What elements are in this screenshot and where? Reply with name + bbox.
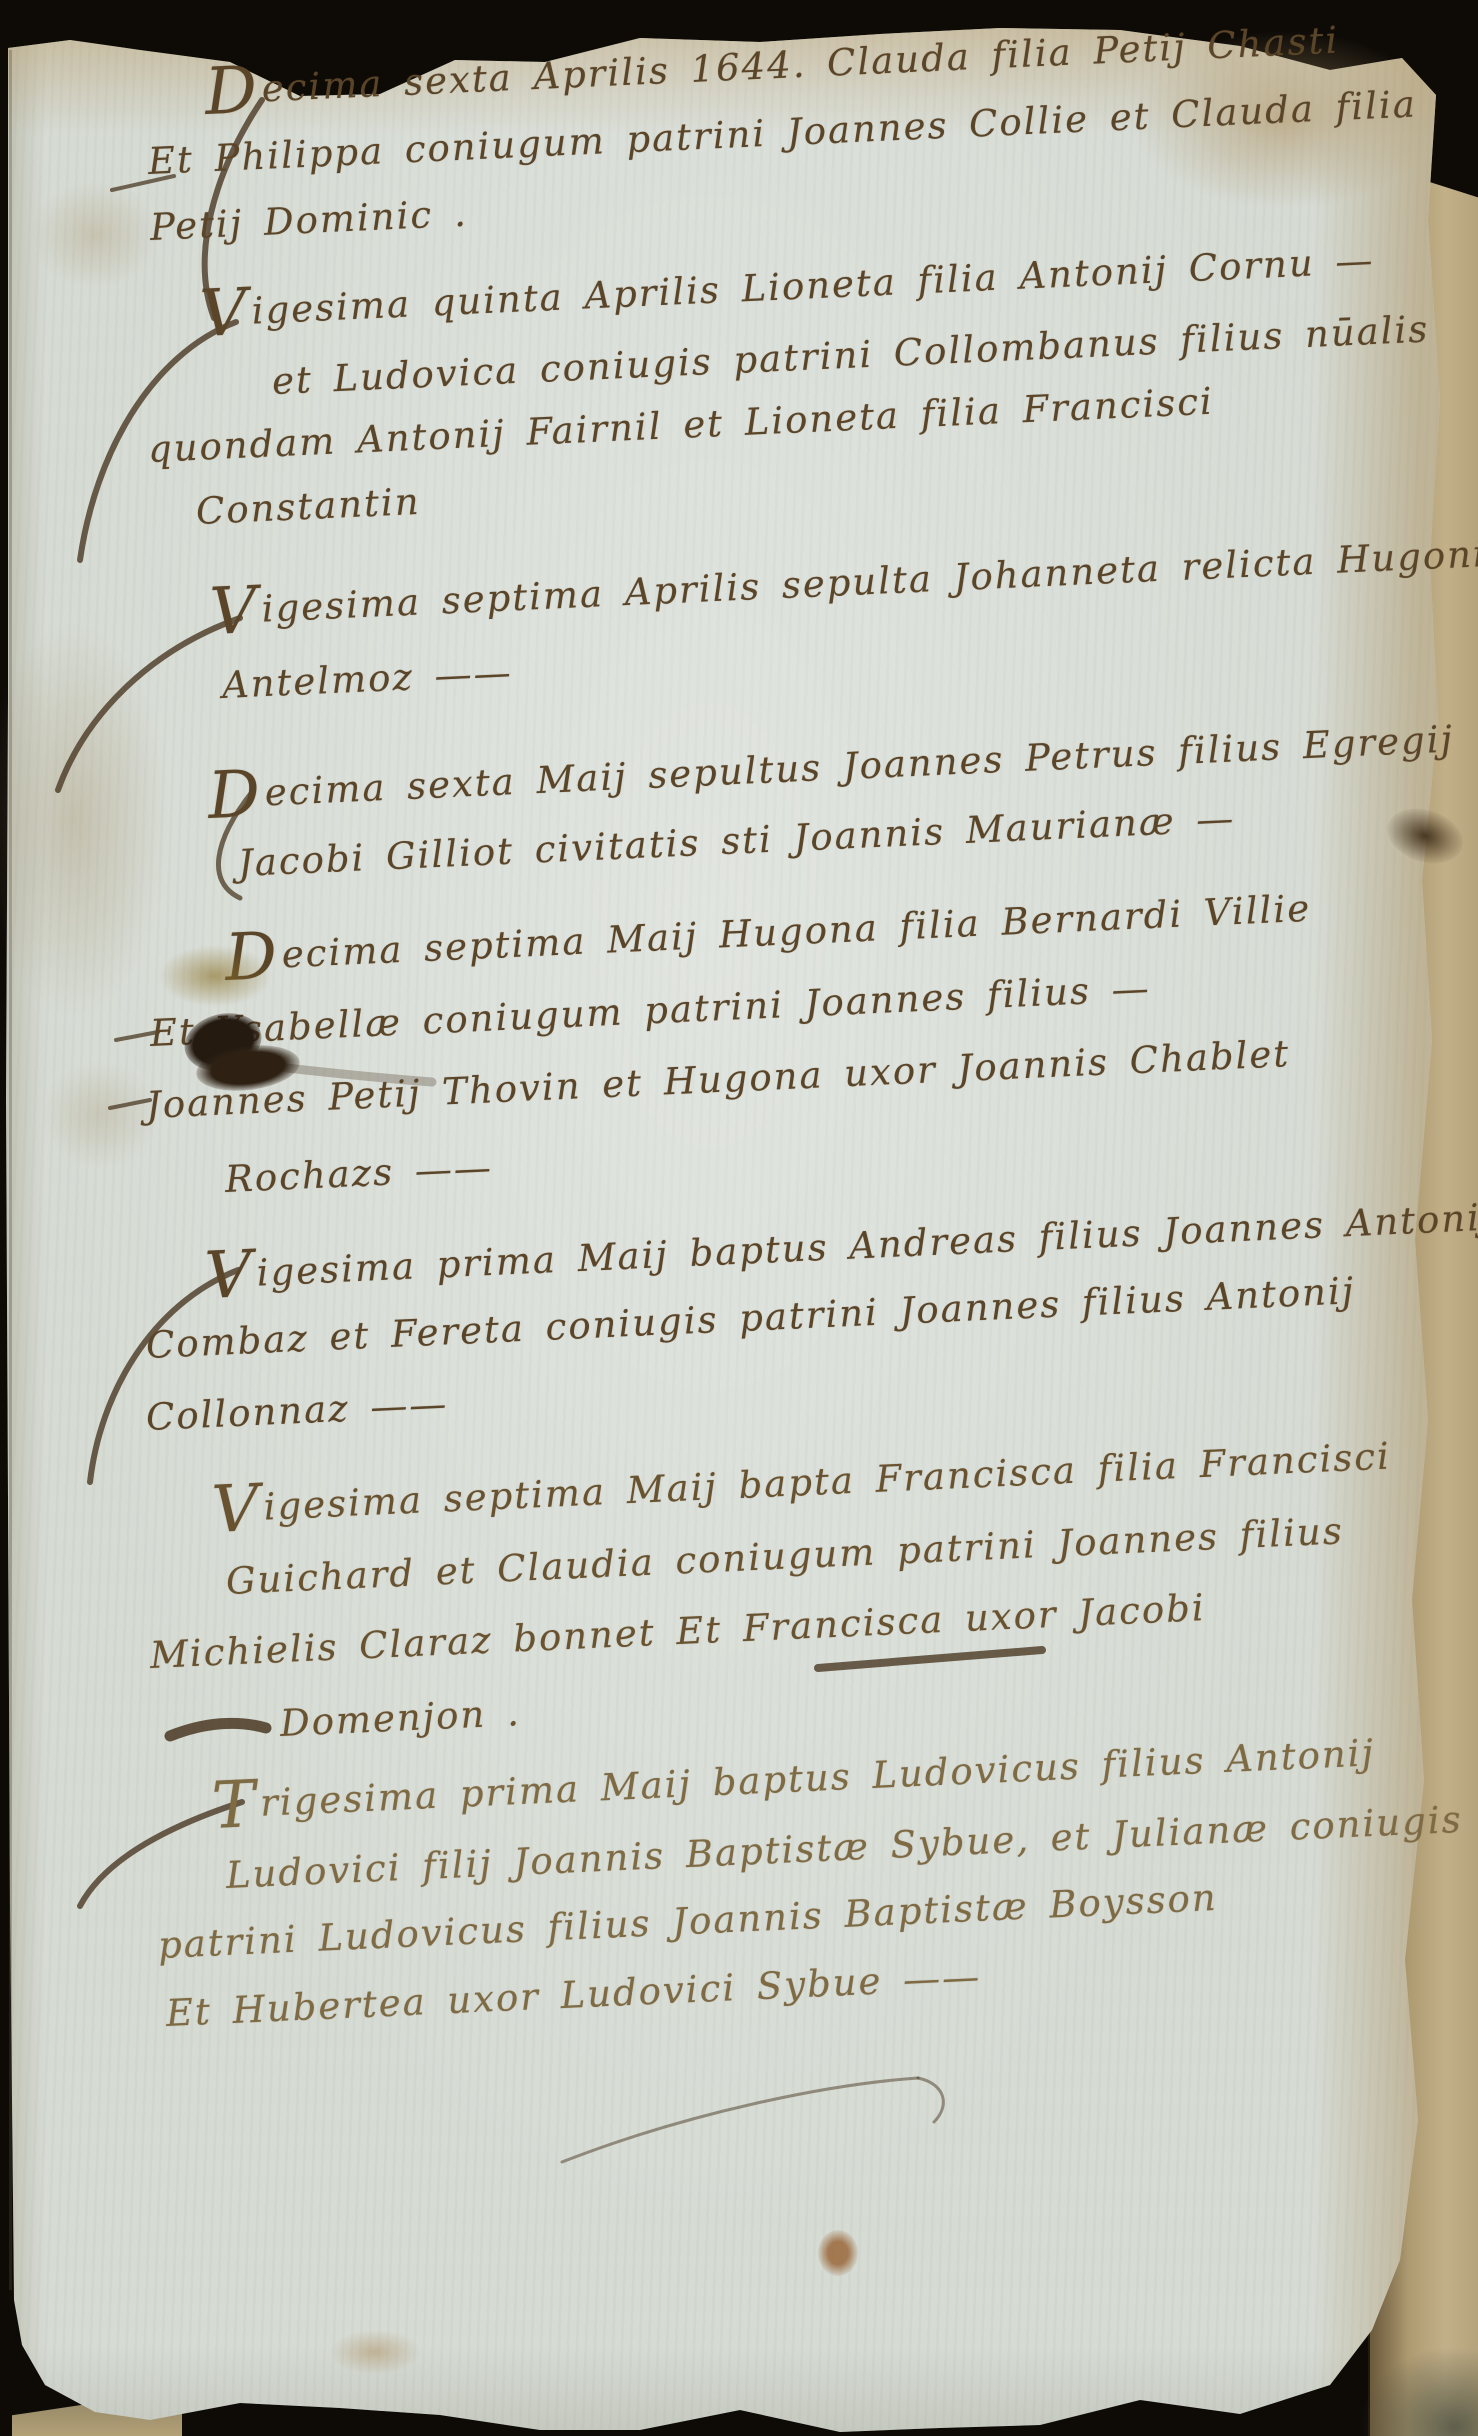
flourished-initial: T [210, 1767, 259, 1844]
flourished-initial: D [203, 53, 260, 130]
left-margin-stain [40, 1060, 160, 1170]
bottom-spot-stain [818, 2230, 858, 2276]
flourished-initial: V [203, 1237, 255, 1314]
flourished-initial: V [198, 275, 250, 352]
fore-edge-corner-shadow [1358, 2346, 1478, 2436]
flourished-initial: V [208, 573, 260, 650]
olive-stain [160, 946, 270, 1006]
left-margin-stain [30, 180, 160, 290]
photo-background: Decima sexta Aprilis 1644. Clauda filia … [0, 0, 1478, 2436]
flourished-initial: V [210, 1471, 262, 1548]
gutter-edge-line [9, 50, 12, 2290]
flourished-initial: D [206, 757, 263, 834]
bottom-left-stain [330, 2330, 420, 2374]
